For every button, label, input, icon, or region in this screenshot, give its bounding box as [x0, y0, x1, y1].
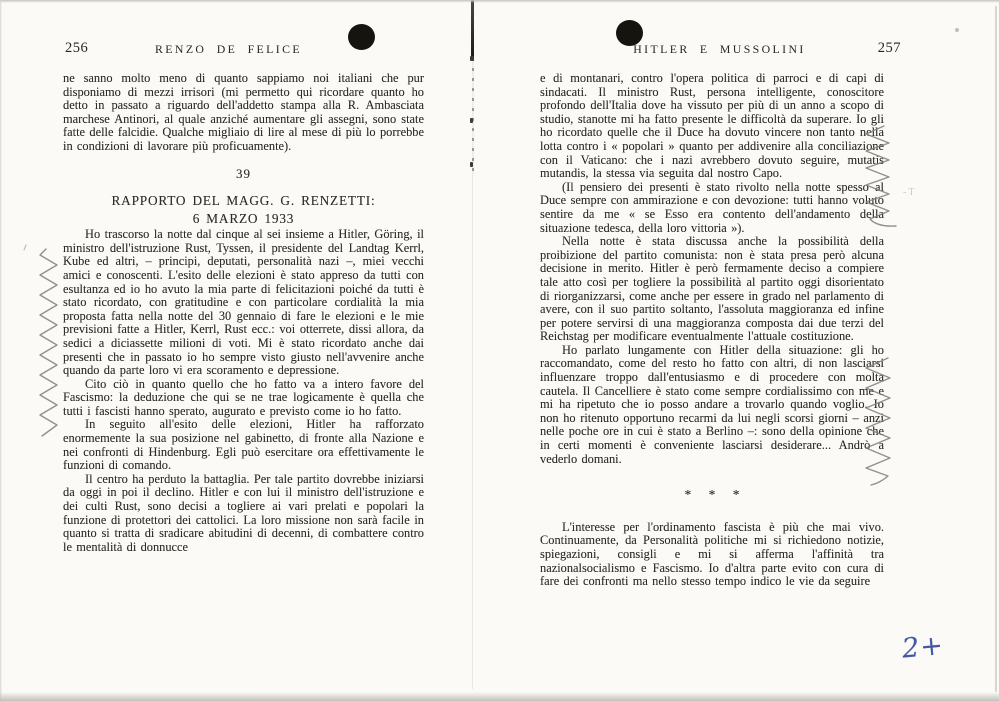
page-right: HITLER E MUSSOLINI 257 e di montanari, c… — [472, 0, 999, 701]
page-number-right: 257 — [878, 40, 901, 57]
page-right-body: e di montanari, contro l'opera politica … — [540, 72, 884, 589]
section-title-line1: RAPPORTO DEL MAGG. G. RENZETTI: — [63, 192, 424, 210]
scan-edge-right — [995, 6, 997, 692]
center-fold-faint — [472, 174, 473, 689]
body-paragraph: Nella notte è stata discussa anche la po… — [540, 235, 884, 344]
running-title-right: HITLER E MUSSOLINI — [540, 42, 885, 57]
scan-edge-left — [0, 0, 2, 701]
center-fold-dashes — [472, 58, 474, 174]
book-spread-scan: 256 RENZO DE FELICE ne sanno molto meno … — [0, 0, 999, 701]
body-paragraph: Cito ciò in quanto quello che ho fatto v… — [63, 378, 424, 419]
body-paragraph: Ho trascorso la notte dal cinque al sei … — [63, 228, 424, 378]
page-left-body: ne sanno molto meno di quanto sappiamo n… — [63, 72, 424, 554]
body-paragraph: Il centro ha perduto la battaglia. Per t… — [63, 473, 424, 555]
body-paragraph: Ho parlato lungamente con Hitler della s… — [540, 344, 884, 466]
page-number-left: 256 — [65, 40, 88, 57]
handwritten-grade-mark: 2+ — [901, 628, 963, 664]
section-number: 39 — [63, 167, 424, 181]
fold-speck — [470, 56, 474, 61]
page-right-header: HITLER E MUSSOLINI 257 — [540, 42, 885, 57]
asterisk-separator: * * * — [540, 488, 884, 502]
faint-pencil-mark: -T — [903, 187, 916, 198]
page-left: 256 RENZO DE FELICE ne sanno molto meno … — [0, 0, 472, 701]
fold-speck — [470, 118, 473, 123]
dust-speck — [955, 28, 959, 32]
section-title-line2: 6 MARZO 1933 — [63, 210, 424, 228]
body-paragraph: In seguito all'esito delle elezioni, Hit… — [63, 418, 424, 472]
body-paragraph: e di montanari, contro l'opera politica … — [540, 72, 884, 181]
section-title: RAPPORTO DEL MAGG. G. RENZETTI: 6 MARZO … — [63, 192, 424, 228]
scan-edge-top — [0, 0, 999, 3]
fold-speck — [470, 162, 473, 167]
body-paragraph: L'interesse per l'ordinamento fascista è… — [540, 521, 884, 589]
center-fold-line — [471, 0, 474, 58]
punch-hole-icon — [348, 24, 375, 50]
body-paragraph: (Il pensiero dei presenti è stato rivolt… — [540, 181, 884, 235]
scan-edge-bottom — [0, 692, 999, 701]
body-paragraph: ne sanno molto meno di quanto sappiamo n… — [63, 72, 424, 154]
punch-hole-icon — [616, 20, 643, 46]
